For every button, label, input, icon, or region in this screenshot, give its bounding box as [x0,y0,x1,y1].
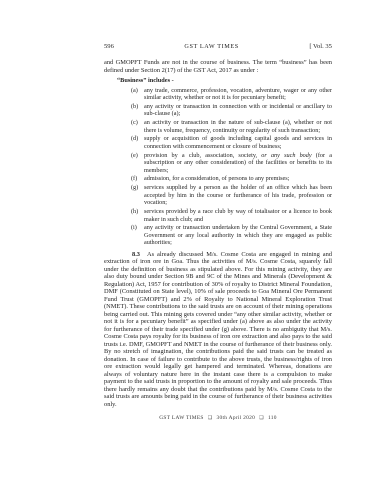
footer-journal-title: GST LAW TIMES [159,415,204,421]
clause-d: (d) supply or acquisition of goods inclu… [131,135,332,150]
clause-label: (g) [131,184,144,206]
clause-h: (h) services provided by a race club by … [131,208,332,223]
definition-heading: “Business” includes - [117,77,332,85]
clause-text-italic: or any such body [261,152,311,159]
paragraph-8-3: 8.3As already discussed M/s. Cosme Costa… [104,251,332,409]
clause-text-pre: provision by a club, association, societ… [144,152,261,159]
footer-separator-icon: ❏ [208,415,213,422]
clause-text: supply or acquisition of goods including… [144,135,332,150]
clause-label: (a) [131,87,144,102]
page-number: 596 [104,43,114,51]
clause-label: (c) [131,119,144,134]
intro-paragraph: and GMOPFT Funds are not in the course o… [104,59,332,74]
page-content: 596 GST LAW TIMES [ Vol. 35 and GMOPFT F… [104,43,332,422]
document-page: 596 GST LAW TIMES [ Vol. 35 and GMOPFT F… [0,0,370,480]
clause-label: (f) [131,175,144,182]
clause-f: (f) admission, for a consideration, of p… [131,175,332,182]
footer-page-ref: 110 [268,415,277,421]
clause-label: (i) [131,224,144,246]
clause-label: (d) [131,135,144,150]
clause-e: (e) provision by a club, association, so… [131,152,332,174]
clause-label: (b) [131,103,144,118]
clause-g: (g) services supplied by a person as the… [131,184,332,206]
clause-text: an activity or transaction in the nature… [144,119,332,134]
clause-label: (h) [131,208,144,223]
clause-text: any activity or transaction undertaken b… [144,224,332,246]
journal-title: GST LAW TIMES [184,43,238,51]
running-header: 596 GST LAW TIMES [ Vol. 35 [104,43,332,51]
clause-text: provision by a club, association, societ… [144,152,332,174]
paragraph-text: As already discussed M/s. Cosme Costa ar… [104,251,332,408]
footer-date: 30th April 2020 [217,415,256,421]
clause-a: (a) any trade, commerce, profession, voc… [131,87,332,102]
page-footer: GST LAW TIMES❏30th April 2020❏110 [104,415,332,422]
clause-b: (b) any activity or transaction in conne… [131,103,332,118]
clause-text: any trade, commerce, profession, vocatio… [144,87,332,102]
clause-text: services provided by a race club by way … [144,208,332,223]
paragraph-number: 8.3 [132,251,140,258]
clause-text: any activity or transaction in connectio… [144,103,332,118]
clause-i: (i) any activity or transaction undertak… [131,224,332,246]
clause-text: services supplied by a person as the hol… [144,184,332,206]
volume-label: [ Vol. 35 [309,43,332,51]
footer-separator-icon: ❏ [259,415,264,422]
definition-clause-list: (a) any trade, commerce, profession, voc… [131,87,332,247]
clause-label: (e) [131,152,144,174]
clause-text: admission, for a consideration, of perso… [144,175,332,182]
clause-c: (c) an activity or transaction in the na… [131,119,332,134]
